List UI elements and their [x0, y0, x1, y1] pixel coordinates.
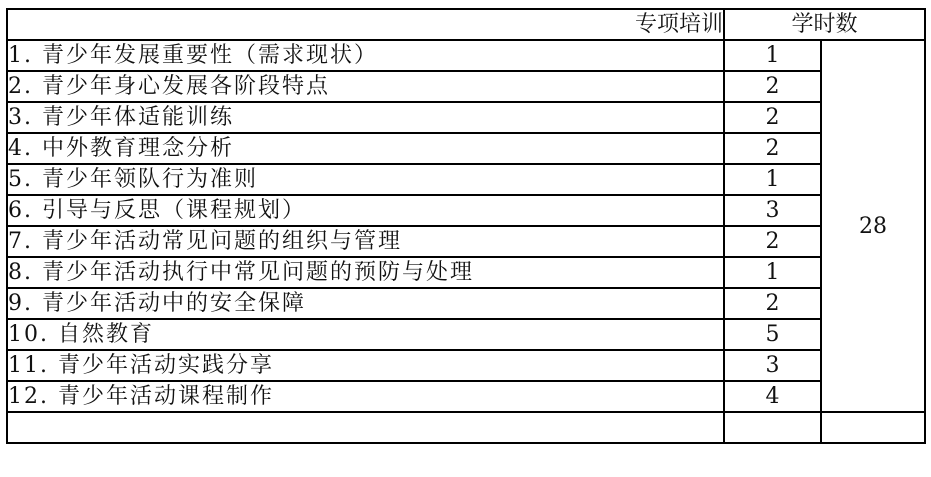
hours-cell: 3 — [724, 350, 821, 381]
hours-cell: 3 — [724, 195, 821, 226]
empty-topic-cell — [7, 412, 724, 443]
hours-cell: 5 — [724, 319, 821, 350]
table-row: 9. 青少年活动中的安全保障 2 — [7, 288, 925, 319]
hours-cell: 1 — [724, 164, 821, 195]
topic-cell: 11. 青少年活动实践分享 — [7, 350, 724, 381]
table-row: 12. 青少年活动课程制作 4 — [7, 381, 925, 412]
topic-cell: 4. 中外教育理念分析 — [7, 133, 724, 164]
hours-cell: 1 — [724, 40, 821, 71]
topic-cell: 10. 自然教育 — [7, 319, 724, 350]
training-hours-table: 专项培训 学时数 1. 青少年发展重要性（需求现状） 1 28 2. 青少年身心… — [6, 8, 926, 444]
topic-cell: 6. 引导与反思（课程规划） — [7, 195, 724, 226]
hours-cell: 2 — [724, 133, 821, 164]
topic-cell: 3. 青少年体适能训练 — [7, 102, 724, 133]
table-row: 1. 青少年发展重要性（需求现状） 1 28 — [7, 40, 925, 71]
empty-row — [7, 412, 925, 443]
hours-cell: 2 — [724, 288, 821, 319]
empty-total-cell — [821, 412, 925, 443]
hours-cell: 2 — [724, 71, 821, 102]
hours-cell: 2 — [724, 226, 821, 257]
table-row: 4. 中外教育理念分析 2 — [7, 133, 925, 164]
topic-cell: 5. 青少年领队行为准则 — [7, 164, 724, 195]
header-hours: 学时数 — [724, 9, 925, 40]
hours-cell: 4 — [724, 381, 821, 412]
topic-cell: 1. 青少年发展重要性（需求现状） — [7, 40, 724, 71]
table-row: 2. 青少年身心发展各阶段特点 2 — [7, 71, 925, 102]
topic-cell: 9. 青少年活动中的安全保障 — [7, 288, 724, 319]
topic-cell: 7. 青少年活动常见问题的组织与管理 — [7, 226, 724, 257]
table-row: 11. 青少年活动实践分享 3 — [7, 350, 925, 381]
table-row: 3. 青少年体适能训练 2 — [7, 102, 925, 133]
header-topic: 专项培训 — [7, 9, 724, 40]
header-row: 专项培训 学时数 — [7, 9, 925, 40]
table-row: 7. 青少年活动常见问题的组织与管理 2 — [7, 226, 925, 257]
table-row: 8. 青少年活动执行中常见问题的预防与处理 1 — [7, 257, 925, 288]
hours-cell: 1 — [724, 257, 821, 288]
table-row: 5. 青少年领队行为准则 1 — [7, 164, 925, 195]
table-row: 6. 引导与反思（课程规划） 3 — [7, 195, 925, 226]
empty-hours-cell — [724, 412, 821, 443]
topic-cell: 8. 青少年活动执行中常见问题的预防与处理 — [7, 257, 724, 288]
topic-cell: 2. 青少年身心发展各阶段特点 — [7, 71, 724, 102]
hours-cell: 2 — [724, 102, 821, 133]
total-hours-cell: 28 — [821, 40, 925, 412]
table-row: 10. 自然教育 5 — [7, 319, 925, 350]
topic-cell: 12. 青少年活动课程制作 — [7, 381, 724, 412]
